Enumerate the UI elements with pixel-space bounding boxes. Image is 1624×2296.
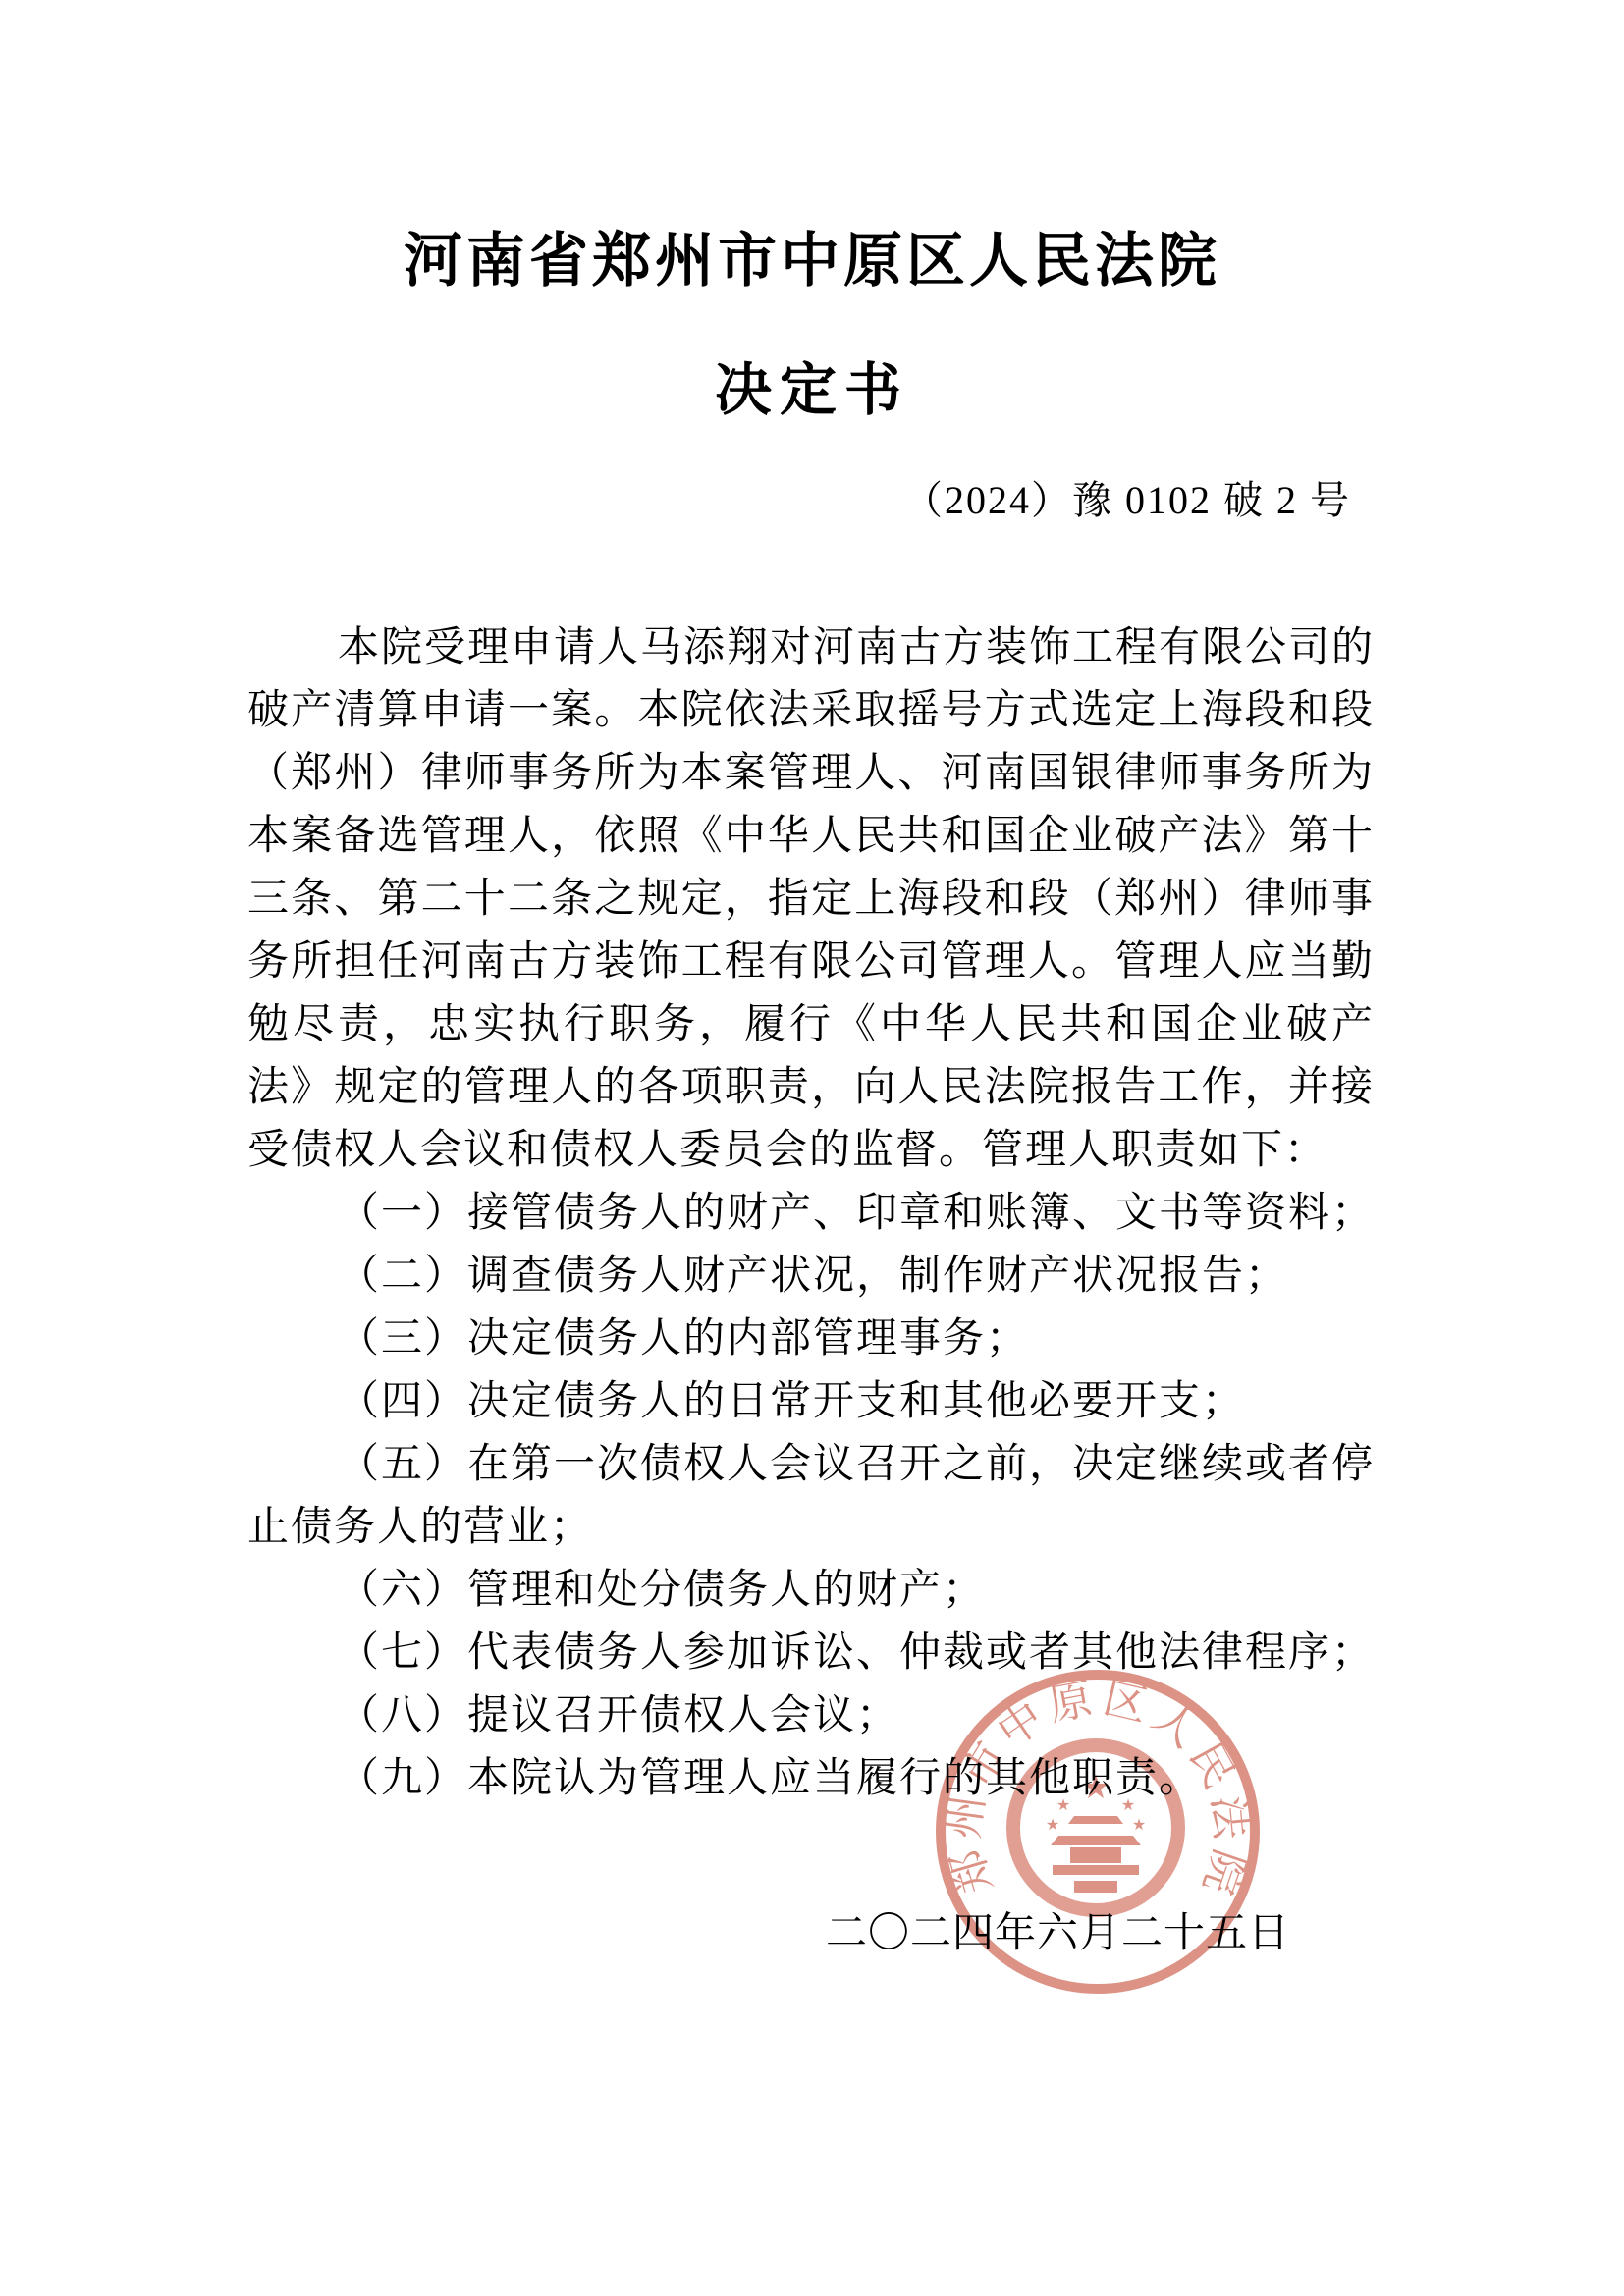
body-paragraph: 本院受理申请人马添翔对河南古方装饰工程有限公司的破产清算申请一案。本院依法采取摇…	[247, 616, 1375, 1182]
body-paragraph: （六）管理和处分债务人的财产；	[247, 1559, 1375, 1622]
document-date: 二〇二四年六月二十五日	[826, 1900, 1290, 1959]
body-paragraph: （一）接管债务人的财产、印章和账簿、文书等资料；	[247, 1182, 1375, 1245]
body-paragraph: （五）在第一次债权人会议召开之前，决定继续或者停止债务人的营业；	[247, 1433, 1375, 1559]
case-number: （2024）豫 0102 破 2 号	[903, 469, 1351, 525]
document-body: 本院受理申请人马添翔对河南古方装饰工程有限公司的破产清算申请一案。本院依法采取摇…	[247, 616, 1375, 1810]
svg-text:★: ★	[1046, 1815, 1059, 1834]
court-name-title: 河南省郑州市中原区人民法院	[0, 214, 1624, 298]
body-paragraph: （八）提议召开债权人会议；	[247, 1684, 1375, 1747]
body-paragraph: （二）调查债务人财产状况，制作财产状况报告；	[247, 1245, 1375, 1308]
decision-document-page: 河南省郑州市中原区人民法院 决定书 （2024）豫 0102 破 2 号 郑州市…	[0, 0, 1624, 2296]
svg-text:★: ★	[1132, 1815, 1146, 1834]
body-paragraph: （三）决定债务人的内部管理事务；	[247, 1308, 1375, 1370]
document-type-title: 决定书	[0, 344, 1624, 426]
body-paragraph: （七）代表债务人参加诉讼、仲裁或者其他法律程序；	[247, 1622, 1375, 1684]
body-paragraph: （九）本院认为管理人应当履行的其他职责。	[247, 1747, 1375, 1810]
body-paragraph: （四）决定债务人的日常开支和其他必要开支；	[247, 1370, 1375, 1433]
